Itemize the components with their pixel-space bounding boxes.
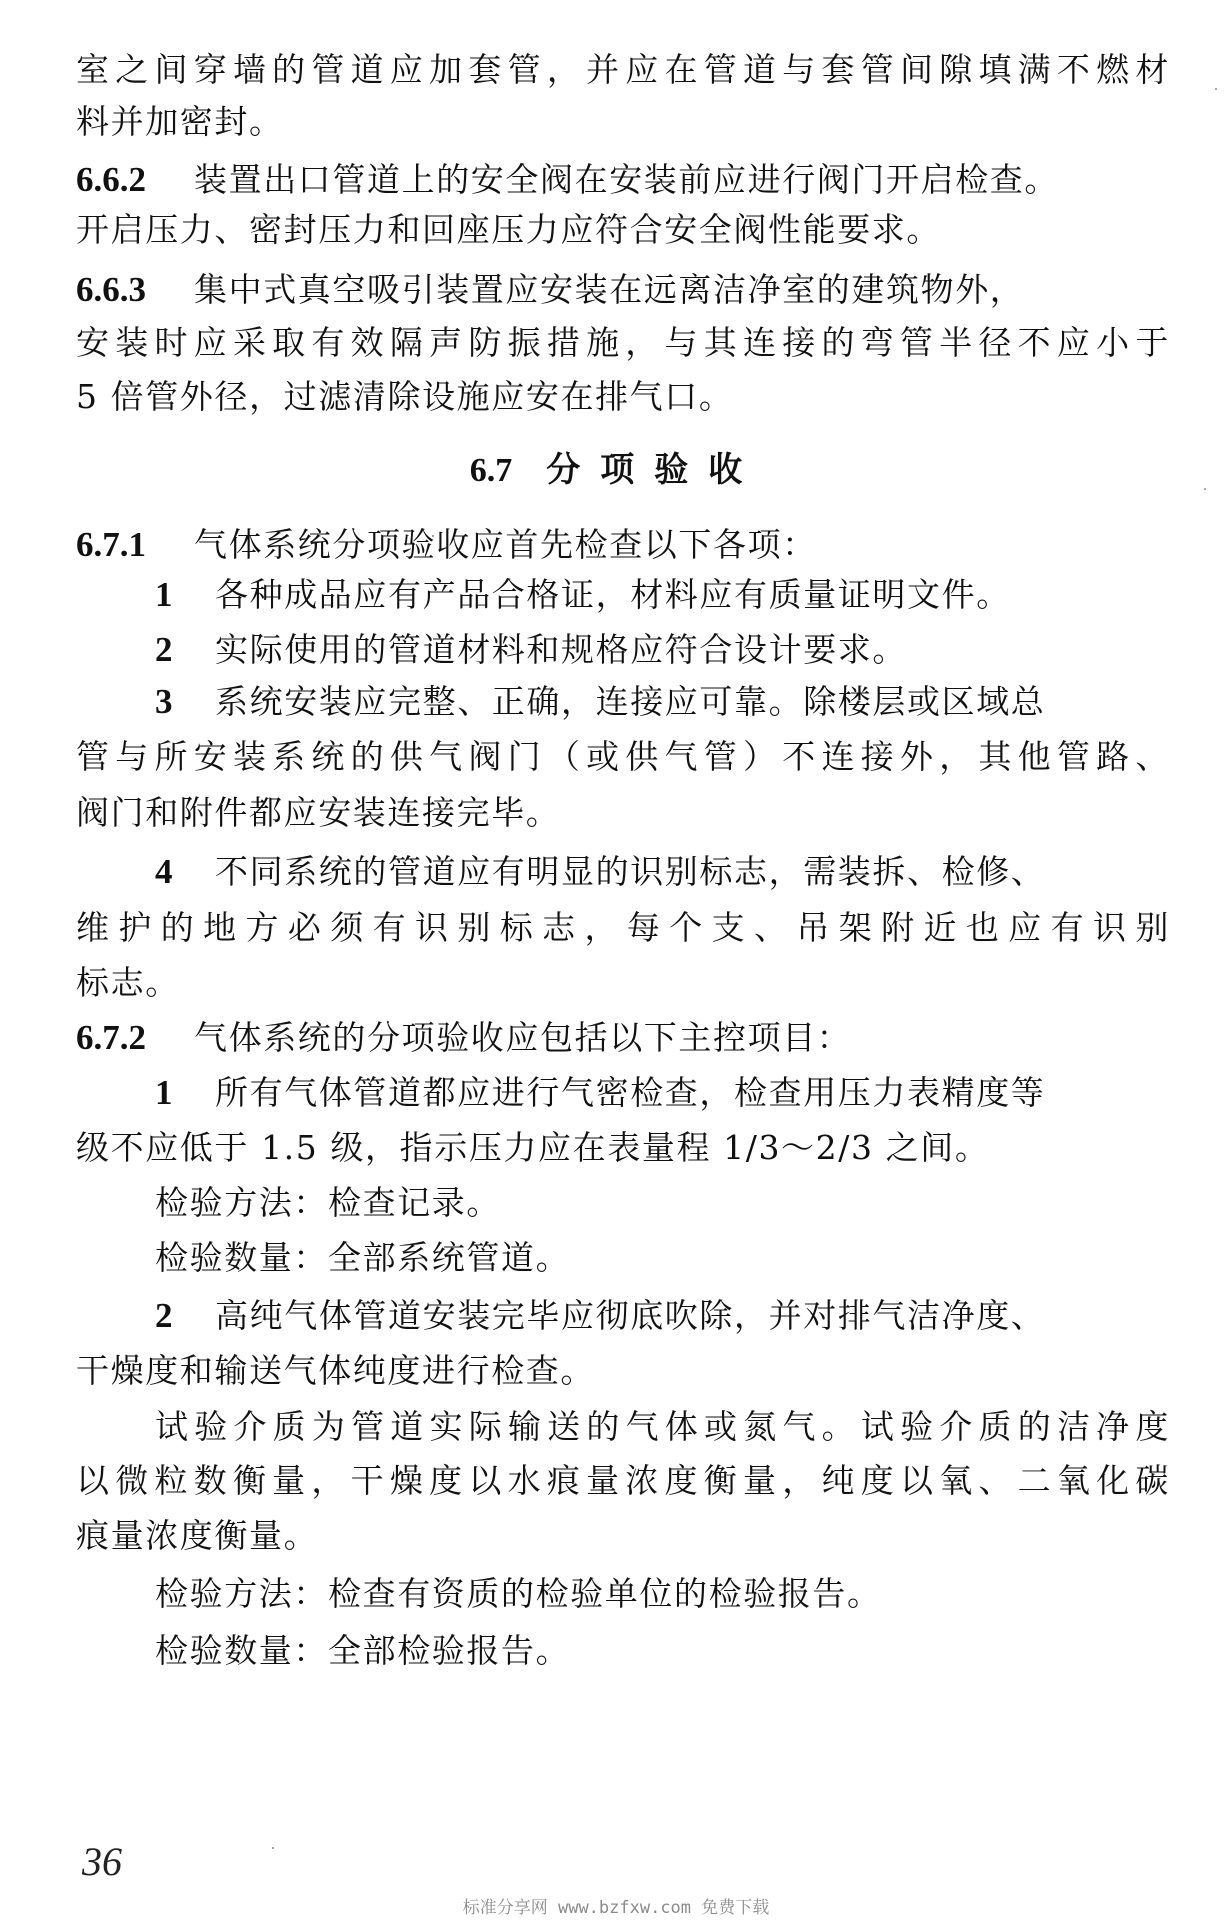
paragraph-line: 管与所安装系统的供气阀门（或供气管）不连接外，其他管路、 — [76, 733, 1170, 781]
page-number: 36 — [82, 1838, 122, 1885]
clause-6-6-2: 6.6.2装置出口管道上的安全阀在安装前应进行阀门开启检查。 — [76, 156, 1170, 204]
scan-speck — [1204, 488, 1206, 490]
item-text: 所有气体管道都应进行气密检查，检查用压力表精度等 — [215, 1073, 1045, 1112]
paragraph-line: 室之间穿墙的管道应加套管，并应在管道与套管间隙填满不燃材 — [76, 46, 1170, 94]
list-item: 1各种成品应有产品合格证，材料应有质量证明文件。 — [155, 571, 1170, 619]
watermark-footer: 标准分享网 www.bzfxw.com 免费下载 — [0, 1893, 1232, 1918]
list-item: 3系统安装应完整、正确，连接应可靠。除楼层或区域总 — [155, 678, 1170, 726]
item-text: 系统安装应完整、正确，连接应可靠。除楼层或区域总 — [215, 682, 1045, 721]
inspection-method: 检验方法：检查记录。 — [155, 1179, 1170, 1227]
paragraph-line: 阀门和附件都应安装连接完毕。 — [76, 789, 1170, 837]
paragraph-line: 5 倍管外径，过滤清除设施应安在排气口。 — [76, 373, 1170, 421]
clause-6-7-1: 6.7.1气体系统分项验收应首先检查以下各项： — [76, 521, 1170, 569]
section-heading: 6.7分项验收 — [0, 445, 1232, 495]
clause-6-7-2: 6.7.2气体系统的分项验收应包括以下主控项目： — [76, 1014, 1170, 1062]
clause-text: 气体系统的分项验收应包括以下主控项目： — [194, 1018, 851, 1057]
list-item: 2高纯气体管道安装完毕应彻底吹除，并对排气洁净度、 — [155, 1292, 1170, 1340]
item-number: 4 — [155, 848, 215, 896]
item-text: 高纯气体管道安装完毕应彻底吹除，并对排气洁净度、 — [215, 1296, 1045, 1335]
paragraph-line: 料并加密封。 — [76, 98, 1170, 146]
item-number: 2 — [155, 1292, 215, 1340]
paragraph-line: 试验介质为管道实际输送的气体或氮气。试验介质的洁净度 — [155, 1403, 1170, 1451]
paragraph-line: 开启压力、密封压力和回座压力应符合安全阀性能要求。 — [76, 206, 1170, 254]
clause-6-6-3: 6.6.3集中式真空吸引装置应安装在远离洁净室的建筑物外， — [76, 266, 1170, 314]
list-item: 2实际使用的管道材料和规格应符合设计要求。 — [155, 626, 1170, 674]
scan-speck — [432, 535, 434, 537]
clause-number: 6.7.2 — [76, 1014, 194, 1062]
item-text: 不同系统的管道应有明显的识别标志，需装拆、检修、 — [215, 852, 1045, 891]
inspection-quantity: 检验数量：全部系统管道。 — [155, 1234, 1170, 1282]
list-item: 1所有气体管道都应进行气密检查，检查用压力表精度等 — [155, 1069, 1170, 1117]
paragraph-line: 级不应低于 1.5 级，指示压力应在表量程 1/3～2/3 之间。 — [76, 1124, 1170, 1172]
clause-text: 气体系统分项验收应首先检查以下各项： — [194, 525, 817, 564]
item-number: 2 — [155, 626, 215, 674]
paragraph-line: 标志。 — [76, 959, 1170, 1007]
paragraph-line: 以微粒数衡量，干燥度以水痕量浓度衡量，纯度以氧、二氧化碳 — [76, 1457, 1170, 1505]
document-page: 室之间穿墙的管道应加套管，并应在管道与套管间隙填满不燃材 料并加密封。 6.6.… — [0, 0, 1232, 1932]
paragraph-line: 维护的地方必须有识别标志，每个支、吊架附近也应有识别 — [76, 904, 1170, 952]
list-item: 4不同系统的管道应有明显的识别标志，需装拆、检修、 — [155, 848, 1170, 896]
paragraph-line: 痕量浓度衡量。 — [76, 1512, 1170, 1560]
scan-speck — [272, 1847, 274, 1849]
clause-number: 6.6.3 — [76, 266, 194, 314]
inspection-quantity: 检验数量：全部检验报告。 — [155, 1627, 1170, 1675]
clause-number: 6.6.2 — [76, 156, 194, 204]
scan-speck — [1215, 88, 1217, 90]
item-number: 1 — [155, 571, 215, 619]
item-number: 3 — [155, 678, 215, 726]
section-title: 分项验收 — [546, 450, 762, 490]
paragraph-line: 干燥度和输送气体纯度进行检查。 — [76, 1347, 1170, 1395]
item-text: 实际使用的管道材料和规格应符合设计要求。 — [215, 630, 907, 669]
clause-text: 装置出口管道上的安全阀在安装前应进行阀门开启检查。 — [194, 160, 1059, 199]
paragraph-line: 安装时应采取有效隔声防振措施，与其连接的弯管半径不应小于 — [76, 319, 1170, 367]
clause-text: 集中式真空吸引装置应安装在远离洁净室的建筑物外， — [194, 270, 1024, 309]
clause-number: 6.7.1 — [76, 521, 194, 569]
item-text: 各种成品应有产品合格证，材料应有质量证明文件。 — [215, 575, 1011, 614]
inspection-method: 检验方法：检查有资质的检验单位的检验报告。 — [155, 1570, 1170, 1618]
section-number: 6.7 — [470, 452, 513, 489]
item-number: 1 — [155, 1069, 215, 1117]
